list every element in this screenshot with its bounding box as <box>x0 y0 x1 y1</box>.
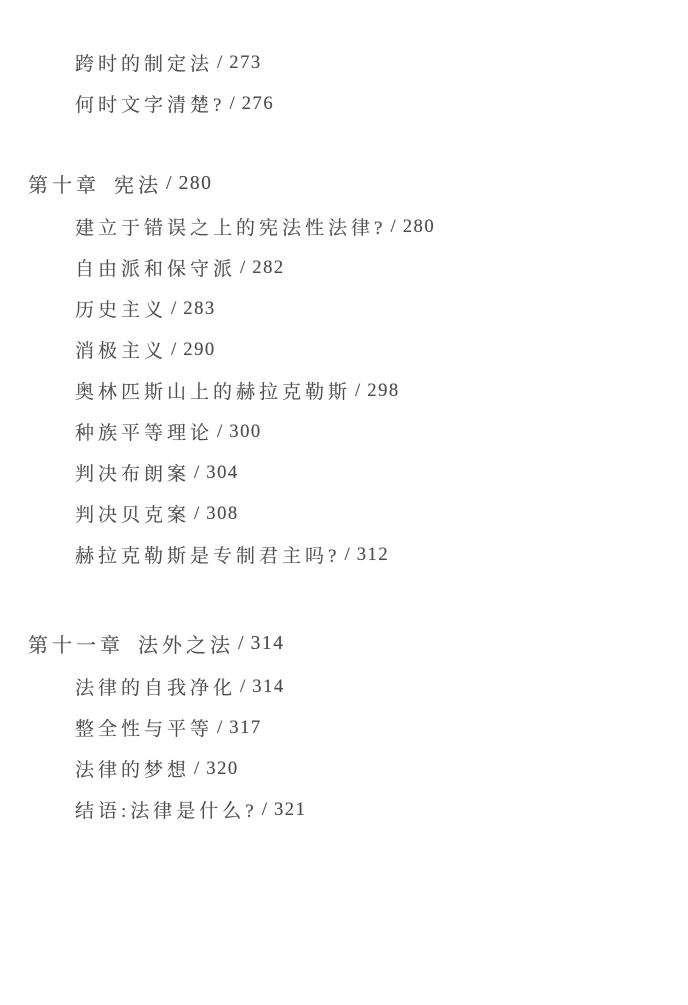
toc-entry-page: 314 <box>252 676 284 698</box>
toc-entry: 法律的自我净化 / 314 <box>0 666 688 707</box>
toc-entry: 赫拉克勒斯是专制君主吗? / 312 <box>0 534 688 575</box>
toc-entry-separator: / <box>171 339 176 361</box>
chapter-label: 第十章 <box>28 169 100 198</box>
toc-entry: 种族平等理论 / 300 <box>0 411 688 452</box>
toc-entry-page: 282 <box>252 257 284 279</box>
toc-entry-title: 跨时的制定法 <box>75 49 213 76</box>
toc-entry-separator: / <box>217 52 222 74</box>
toc-entry-separator: / <box>194 758 199 780</box>
toc-entry: 建立于错误之上的宪法性法律? / 280 <box>0 206 688 247</box>
chapter-heading: 第十一章 法外之法 / 314 <box>0 623 688 664</box>
toc-entry-page: 308 <box>206 503 238 525</box>
toc-entry: 判决贝克案 / 308 <box>0 493 688 534</box>
toc-entry-title: 消极主义 <box>75 336 167 363</box>
toc-entry-separator: / <box>238 632 244 655</box>
toc-entry: 整全性与平等 / 317 <box>0 707 688 748</box>
toc-entry-separator: / <box>217 717 222 739</box>
toc-entry-separator: / <box>344 544 349 566</box>
chapter-label: 第十一章 <box>28 629 124 658</box>
toc-entry: 历史主义 / 283 <box>0 288 688 329</box>
toc-entry-page: 300 <box>229 421 261 443</box>
toc-entry-separator: / <box>390 216 395 238</box>
toc-entry-title: 建立于错误之上的宪法性法律? <box>75 213 386 240</box>
toc-entry-separator: / <box>262 799 267 821</box>
toc-entry-title: 历史主义 <box>75 295 167 322</box>
toc-entry: 自由派和保守派 / 282 <box>0 247 688 288</box>
toc-page: 跨时的制定法 / 273 何时文字清楚? / 276 第十章 宪法 / 280 … <box>0 0 688 1005</box>
toc-entry-page: 304 <box>206 462 238 484</box>
toc-entry-title: 法律的自我净化 <box>75 673 236 700</box>
toc-entry: 结语:法律是什么? / 321 <box>0 789 688 830</box>
toc-entry-title: 自由派和保守派 <box>75 254 236 281</box>
toc-entry-separator: / <box>194 503 199 525</box>
toc-entry-separator: / <box>229 93 234 115</box>
toc-entry-title: 结语:法律是什么? <box>75 796 258 823</box>
toc-entry-page: 298 <box>367 380 399 402</box>
chapter-page: 314 <box>251 633 285 655</box>
chapter-heading: 第十章 宪法 / 280 <box>0 163 688 204</box>
chapter-title: 宪法 <box>114 169 162 198</box>
toc-entry-title: 法律的梦想 <box>75 755 190 782</box>
toc-entry-separator: / <box>166 172 172 195</box>
toc-entry-separator: / <box>355 380 360 402</box>
chapter-title: 法外之法 <box>138 629 234 658</box>
toc-entry-separator: / <box>171 298 176 320</box>
toc-entry-page: 290 <box>183 339 215 361</box>
toc-entry-title: 何时文字清楚? <box>75 90 225 117</box>
toc-entry-page: 280 <box>403 216 435 238</box>
toc-entry: 判决布朗案 / 304 <box>0 452 688 493</box>
toc-entry-page: 273 <box>229 52 261 74</box>
chapter-page: 280 <box>179 173 213 195</box>
toc-entry-page: 321 <box>274 799 306 821</box>
toc-entry: 奥林匹斯山上的赫拉克勒斯 / 298 <box>0 370 688 411</box>
toc-entry: 何时文字清楚? / 276 <box>0 83 688 124</box>
toc-entry-separator: / <box>194 462 199 484</box>
toc-entry: 法律的梦想 / 320 <box>0 748 688 789</box>
toc-entry-title: 判决贝克案 <box>75 500 190 527</box>
toc-entry-title: 赫拉克勒斯是专制君主吗? <box>75 541 340 568</box>
toc-entry-separator: / <box>217 421 222 443</box>
toc-entry-separator: / <box>240 257 245 279</box>
toc-entry-page: 312 <box>357 544 389 566</box>
toc-entry: 跨时的制定法 / 273 <box>0 42 688 83</box>
toc-entry-title: 整全性与平等 <box>75 714 213 741</box>
toc-entry-page: 320 <box>206 758 238 780</box>
toc-entry-title: 奥林匹斯山上的赫拉克勒斯 <box>75 377 351 404</box>
toc-entry-page: 317 <box>229 717 261 739</box>
toc-entry-title: 判决布朗案 <box>75 459 190 486</box>
toc-entry-separator: / <box>240 676 245 698</box>
toc-entry: 消极主义 / 290 <box>0 329 688 370</box>
toc-entry-page: 276 <box>242 93 274 115</box>
toc-entry-title: 种族平等理论 <box>75 418 213 445</box>
toc-entry-page: 283 <box>183 298 215 320</box>
